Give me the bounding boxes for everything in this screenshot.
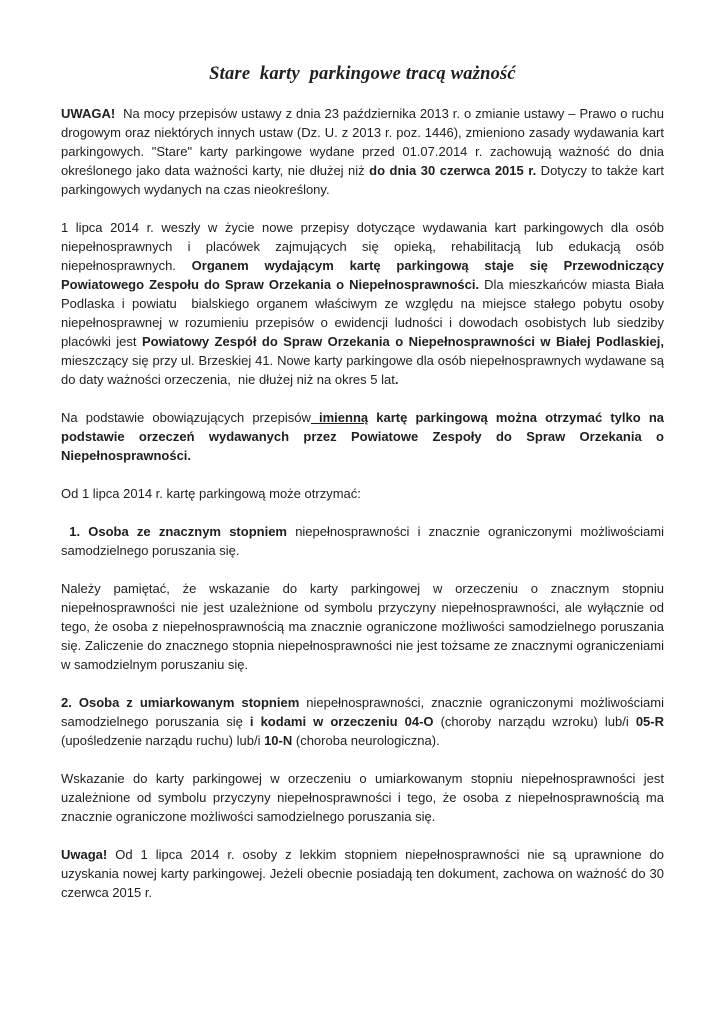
text-run: (choroby narządu wzroku) lub/i [434, 714, 636, 729]
text-run-bold: do dnia 30 czerwca 2015 r. [369, 163, 536, 178]
paragraph-1: UWAGA! Na mocy przepisów ustawy z dnia 2… [61, 104, 664, 199]
paragraph-3: Na podstawie obowiązujących przepisów im… [61, 408, 664, 465]
document-body: UWAGA! Na mocy przepisów ustawy z dnia 2… [61, 104, 664, 902]
text-run: Należy pamiętać, że wskazanie do karty p… [61, 581, 668, 672]
paragraph-5: 1. Osoba ze znacznym stopniem niepełnosp… [61, 522, 664, 560]
paragraph-7: 2. Osoba z umiarkowanym stopniem niepełn… [61, 693, 664, 750]
paragraph-9: Uwaga! Od 1 lipca 2014 r. osoby z lekkim… [61, 845, 664, 902]
text-run-bold: 1. Osoba ze znacznym stopniem [61, 524, 287, 539]
text-run: Od 1 lipca 2014 r. kartę parkingową może… [61, 486, 361, 501]
text-run: (choroba neurologiczna). [292, 733, 439, 748]
text-run-bold: 05-R [636, 714, 664, 729]
text-run-bold: 2. Osoba z umiarkowanym stopniem [61, 695, 299, 710]
text-run: Wskazanie do karty parkingowej w orzecze… [61, 771, 668, 824]
text-run-bold: . [395, 372, 399, 387]
paragraph-4: Od 1 lipca 2014 r. kartę parkingową może… [61, 484, 664, 503]
text-run-bold: Powiatowy Zespół do Spraw Orzekania o Ni… [142, 334, 664, 349]
text-run-bold: Uwaga! [61, 847, 107, 862]
text-run: Na podstawie obowiązujących przepisów [61, 410, 311, 425]
paragraph-2: 1 lipca 2014 r. weszły w życie nowe prze… [61, 218, 664, 389]
document-title: Stare karty parkingowe tracą ważność [61, 62, 664, 86]
text-run-bold: i kodami w orzeczeniu 04-O [250, 714, 434, 729]
text-run-bold: UWAGA! [61, 106, 115, 121]
document-page: Stare karty parkingowe tracą ważność UWA… [0, 0, 725, 1024]
text-run: Od 1 lipca 2014 r. osoby z lekkim stopni… [61, 847, 668, 900]
text-run-bold: imienną [311, 410, 368, 425]
text-run-bold: 10-N [264, 733, 292, 748]
paragraph-8: Wskazanie do karty parkingowej w orzecze… [61, 769, 664, 826]
paragraph-6: Należy pamiętać, że wskazanie do karty p… [61, 579, 664, 674]
